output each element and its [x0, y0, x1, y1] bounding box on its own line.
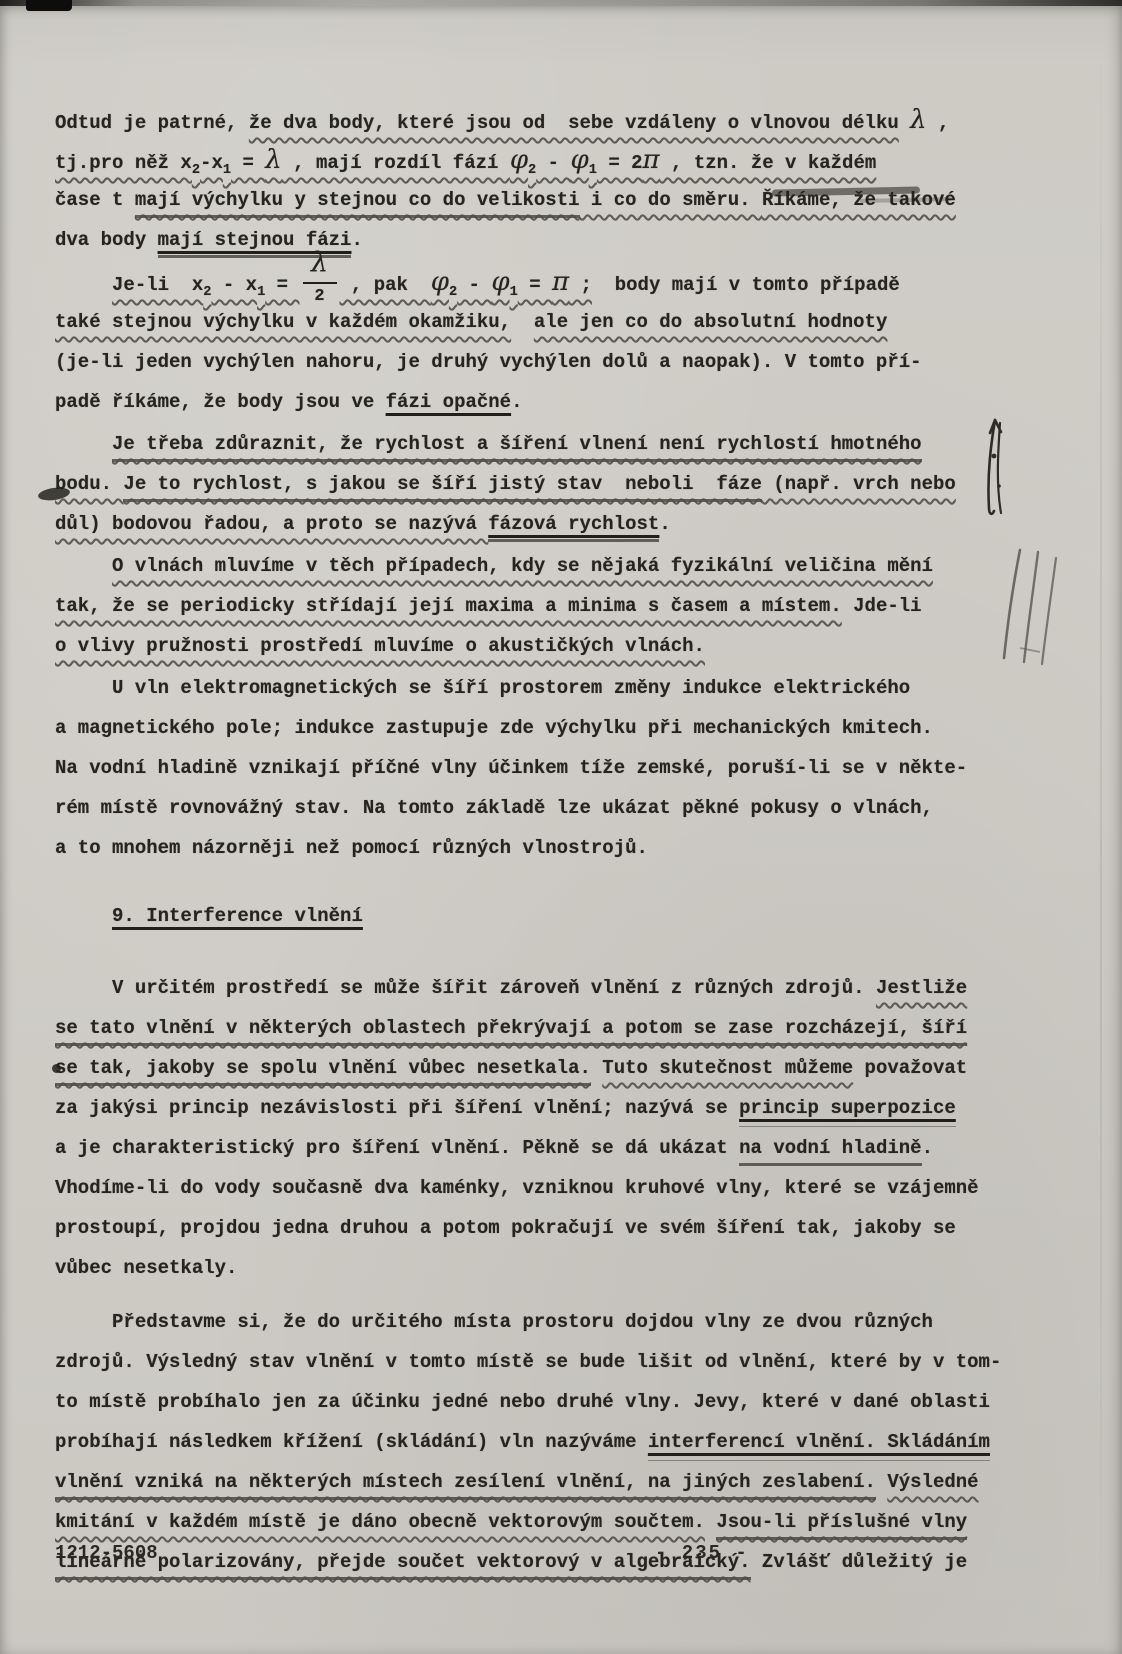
text-line: a magnetického pole; indukce zastupuje z…: [55, 708, 1067, 748]
paragraph-waves-definition: O vlnách mluvíme v těch případech, kdy s…: [55, 546, 1067, 666]
text-segment: O vlnách mluvíme v těch případech, kdy s…: [112, 555, 933, 577]
text-line: také stejnou výchylku v každém okamžiku,…: [55, 302, 1067, 342]
text-segment: 2: [449, 285, 457, 300]
handwritten-phi: φ: [570, 145, 588, 175]
text-segment: , mají rozdíl fází: [282, 152, 510, 174]
text-segment: tj.pro něž x: [55, 152, 192, 174]
text-segment: probíhají následkem křížení (skládání) v…: [55, 1431, 648, 1453]
text-segment: a je charakteristický pro šíření vlnění.…: [55, 1137, 739, 1159]
text-segment: .: [922, 1137, 933, 1159]
text-line: důl) bodovou řadou, a proto se nazývá fá…: [55, 504, 1067, 544]
text-line: vlnění vzniká na některých místech zesíl…: [55, 1462, 1067, 1502]
text-segment: [55, 433, 112, 455]
text-segment: [876, 1471, 887, 1493]
text-segment: fázi opačné: [386, 391, 511, 413]
text-line: tj.pro něž x2-x1 = λ , mají rozdíl fází …: [55, 140, 1067, 180]
text-segment: tak, že se periodicky střídají její maxi…: [55, 595, 842, 617]
text-segment: rém místě rovnovážný stav. Na tomto zákl…: [55, 797, 933, 819]
text-line: a je charakteristický pro šíření vlnění.…: [55, 1128, 1067, 1168]
text-segment: , tzn. že v každém: [660, 152, 877, 174]
text-segment: Jestliže: [876, 977, 967, 999]
text-line: zdrojů. Výsledný stav vlnění v tomto mís…: [55, 1342, 1067, 1382]
text-segment: padě říkáme, že body jsou ve: [55, 391, 386, 413]
text-segment: -: [536, 152, 570, 174]
handwritten-phi: φ: [491, 267, 509, 297]
text-segment: kmitání v každém místě je dáno obecně ve…: [55, 1511, 705, 1533]
text-segment: a magnetického pole; indukce zastupuje z…: [55, 717, 933, 739]
section-heading-text: 9. Interference vlnění: [112, 905, 363, 927]
text-line: (je-li jeden vychýlen nahoru, je druhý v…: [55, 342, 1067, 382]
text-line: kmitání v každém místě je dáno obecně ve…: [55, 1502, 1067, 1542]
handwritten-phi: φ: [431, 267, 449, 297]
text-line: prostoupí, projdou jedna druhou a potom …: [55, 1208, 1067, 1248]
paper-fold-line: [1100, 0, 1102, 1654]
text-segment: =: [265, 274, 299, 296]
handwritten-phi: φ: [510, 145, 528, 175]
text-segment: =: [231, 152, 265, 174]
text-segment: a to mnohem názorněji než pomocí různých…: [55, 837, 648, 859]
pen-margin-mark-icon: [972, 412, 1018, 522]
text-segment: - x: [211, 274, 257, 296]
text-segment: [55, 977, 112, 999]
text-segment: interferencí vlnění. Skládáním: [648, 1431, 990, 1461]
document-body: Odtud je patrné, že dva body, které jsou…: [55, 100, 1067, 1582]
text-segment: na vodní hladině: [739, 1137, 921, 1166]
text-segment: .: [351, 229, 362, 251]
text-segment: Výsledné: [887, 1471, 978, 1493]
text-line: vůbec nesetkaly.: [55, 1248, 1067, 1288]
text-segment: V určitém prostředí se může šířit zárove…: [112, 977, 876, 999]
text-segment: [511, 311, 534, 333]
text-segment: ;: [569, 274, 592, 296]
paragraph-opposite-phase: Je-li x2 - x1 = λ2 , pak φ2 - φ1 = π ; b…: [55, 262, 1067, 422]
text-segment: [55, 555, 112, 577]
handwritten-lambda: λ: [910, 105, 926, 135]
text-segment: se tato vlnění v některých oblastech pře…: [55, 1017, 967, 1046]
pencil-dot: [52, 1064, 61, 1073]
text-segment: 1: [510, 285, 518, 300]
text-segment: fázová rychlost: [488, 513, 659, 542]
text-segment: [899, 112, 910, 134]
text-segment: Je to rychlost, s jakou se šíří jistý st…: [123, 473, 762, 502]
text-segment: princip superpozice: [739, 1097, 956, 1127]
text-line: U vln elektromagnetických se šíří prosto…: [55, 668, 1067, 708]
text-segment: (např. vrch nebo: [762, 473, 956, 495]
text-line: Odtud je patrné, že dva body, které jsou…: [55, 100, 1067, 140]
text-line: tak, že se periodicky střídají její maxi…: [55, 586, 1067, 626]
text-segment: zdrojů. Výsledný stav vlnění v tomto mís…: [55, 1351, 1001, 1373]
text-line: padě říkáme, že body jsou ve fázi opačné…: [55, 382, 1067, 422]
text-line: V určitém prostředí se může šířit zárove…: [55, 968, 1067, 1008]
text-segment: -: [457, 274, 491, 296]
text-segment: .: [659, 513, 670, 535]
text-line: 9. Interference vlnění: [55, 896, 1067, 936]
paragraph-em-waves: U vln elektromagnetických se šíří prosto…: [55, 668, 1067, 868]
text-segment: Jde-li: [842, 595, 922, 617]
text-line: bodu. Je to rychlost, s jakou se šíří ji…: [55, 464, 1067, 504]
text-line: za jakýsi princip nezávislosti při šířen…: [55, 1088, 1067, 1128]
text-segment: body mají v tomto případě: [592, 274, 900, 296]
text-segment: 2: [192, 163, 200, 178]
text-line: Je třeba zdůraznit, že rychlost a šíření…: [55, 424, 1067, 464]
text-line: dva body mají stejnou fázi.: [55, 220, 1067, 260]
text-segment: Tuto skutečnost můžeme: [602, 1057, 853, 1079]
text-segment: Jsou-li příslušné vlny: [716, 1511, 967, 1540]
text-segment: [55, 274, 112, 296]
text-segment: mají výchylku y stejnou co do velikosti: [135, 189, 580, 218]
paragraph-equal-phase: Odtud je patrné, že dva body, které jsou…: [55, 100, 1067, 260]
text-segment: o vlivy pružnosti prostředí mluvíme o ak…: [55, 635, 705, 657]
text-segment: [55, 905, 112, 927]
text-segment: Na vodní hladině vznikají příčné vlny úč…: [55, 757, 967, 779]
document-page: Odtud je patrné, že dva body, které jsou…: [0, 0, 1122, 1654]
text-line: rém místě rovnovážný stav. Na tomto zákl…: [55, 788, 1067, 828]
text-line: Je-li x2 - x1 = λ2 , pak φ2 - φ1 = π ; b…: [55, 262, 1067, 302]
text-line: se tak, jakoby se spolu vlnění vůbec nes…: [55, 1048, 1067, 1088]
text-segment: že dva body, které jsou od sebe vzdáleny…: [249, 112, 899, 134]
text-segment: .: [511, 391, 522, 413]
text-line: Vhodíme-li do vody současně dva kaménky,…: [55, 1168, 1067, 1208]
text-segment: (je-li jeden vychýlen nahoru, je druhý v…: [55, 351, 922, 373]
text-segment: také stejnou výchylku v každém okamžiku,: [55, 311, 511, 333]
text-segment: čase t: [55, 189, 135, 211]
text-line: o vlivy pružnosti prostředí mluvíme o ak…: [55, 626, 1067, 666]
text-line: probíhají následkem křížení (skládání) v…: [55, 1422, 1067, 1462]
text-segment: U vln elektromagnetických se šíří prosto…: [112, 677, 910, 699]
text-segment: [705, 1511, 716, 1533]
text-segment: [591, 1057, 602, 1079]
text-segment: , pak: [340, 274, 431, 296]
pencil-slashes-icon: [992, 540, 1062, 670]
paragraph-interference: Představme si, že do určitého místa pros…: [55, 1302, 1067, 1582]
text-line: Na vodní hladině vznikají příčné vlny úč…: [55, 748, 1067, 788]
handwritten-lambda-over-2: λ2: [300, 288, 340, 290]
text-line: se tato vlnění v některých oblastech pře…: [55, 1008, 1067, 1048]
text-segment: vůbec nesetkaly.: [55, 1257, 237, 1279]
text-segment: Je-li x: [112, 274, 203, 296]
text-segment: považovat: [853, 1057, 967, 1079]
text-segment: dva body: [55, 229, 158, 251]
text-segment: 1: [223, 163, 231, 178]
text-segment: -x: [200, 152, 223, 174]
text-line: to místě probíhalo jen za účinku jedné n…: [55, 1382, 1067, 1422]
paragraph-phase-velocity: Je třeba zdůraznit, že rychlost a šíření…: [55, 424, 1067, 544]
page-number: - 235 -: [655, 1542, 749, 1564]
text-segment: i co do směru.: [580, 189, 762, 211]
text-segment: ,: [927, 112, 950, 134]
text-segment: vlnění vzniká na některých místech zesíl…: [55, 1471, 876, 1500]
text-segment: 1: [589, 163, 597, 178]
text-segment: se tak, jakoby se spolu vlnění vůbec nes…: [55, 1057, 591, 1086]
text-segment: to místě probíhalo jen za účinku jedné n…: [55, 1391, 990, 1413]
scan-corner-blot: [26, 0, 72, 11]
handwritten-pi: π: [643, 145, 660, 175]
text-segment: [55, 1311, 112, 1333]
text-segment: ale jen co do absolutní hodnoty: [534, 311, 887, 333]
text-segment: Vhodíme-li do vody současně dva kaménky,…: [55, 1177, 979, 1199]
text-line: a to mnohem názorněji než pomocí různých…: [55, 828, 1067, 868]
text-segment: [55, 677, 112, 699]
paragraph-superposition: V určitém prostředí se může šířit zárove…: [55, 968, 1067, 1288]
text-segment: Odtud je patrné,: [55, 112, 249, 134]
text-segment: prostoupí, projdou jedna druhou a potom …: [55, 1217, 956, 1239]
text-segment: důl) bodovou řadou, a proto se nazývá: [55, 513, 488, 535]
text-line: Představme si, že do určitého místa pros…: [55, 1302, 1067, 1342]
handwritten-pi: π: [552, 267, 569, 297]
scan-edge-artifact: [0, 0, 1122, 6]
handwritten-lambda: λ: [265, 145, 281, 175]
page-footer: 1212-5608 - 235 -: [55, 1542, 1067, 1564]
section-heading: 9. Interference vlnění: [55, 896, 1067, 936]
document-number: 1212-5608: [55, 1542, 158, 1564]
text-segment: = 2: [597, 152, 643, 174]
text-segment: za jakýsi princip nezávislosti při šířen…: [55, 1097, 739, 1119]
text-segment: Představme si, že do určitého místa pros…: [112, 1311, 933, 1333]
text-line: O vlnách mluvíme v těch případech, kdy s…: [55, 546, 1067, 586]
text-segment: Je třeba zdůraznit, že rychlost a šíření…: [112, 433, 922, 462]
text-segment: =: [518, 274, 552, 296]
